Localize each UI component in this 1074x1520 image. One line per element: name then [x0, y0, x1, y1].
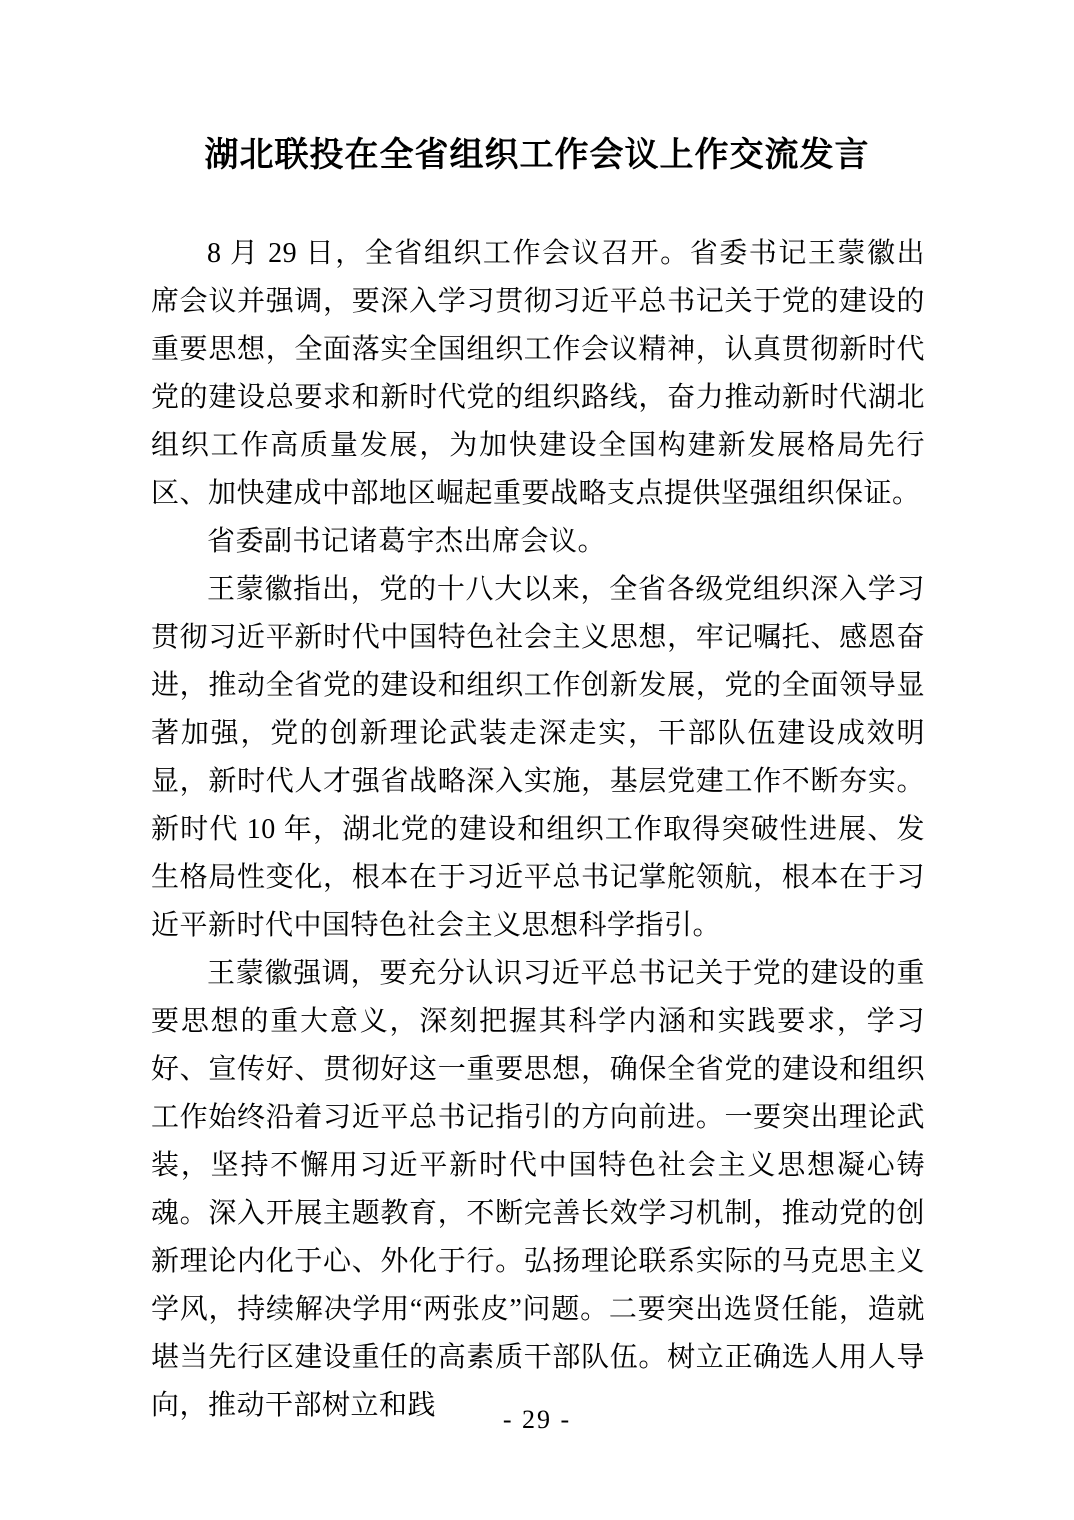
document-body: 8 月 29 日，全省组织工作会议召开。省委书记王蒙徽出席会议并强调，要深入学习…	[151, 230, 925, 1430]
body-paragraph: 8 月 29 日，全省组织工作会议召开。省委书记王蒙徽出席会议并强调，要深入学习…	[151, 230, 925, 518]
body-paragraph: 王蒙徽指出，党的十八大以来，全省各级党组织深入学习贯彻习近平新时代中国特色社会主…	[151, 566, 925, 950]
document-title: 湖北联投在全省组织工作会议上作交流发言	[110, 132, 964, 180]
page-number: - 29 -	[0, 1402, 1074, 1438]
body-paragraph: 王蒙徽强调，要充分认识习近平总书记关于党的建设的重要思想的重大意义，深刻把握其科…	[151, 950, 925, 1430]
document-page: 湖北联投在全省组织工作会议上作交流发言 8 月 29 日，全省组织工作会议召开。…	[0, 0, 1074, 1520]
body-paragraph: 省委副书记诸葛宇杰出席会议。	[151, 518, 925, 566]
